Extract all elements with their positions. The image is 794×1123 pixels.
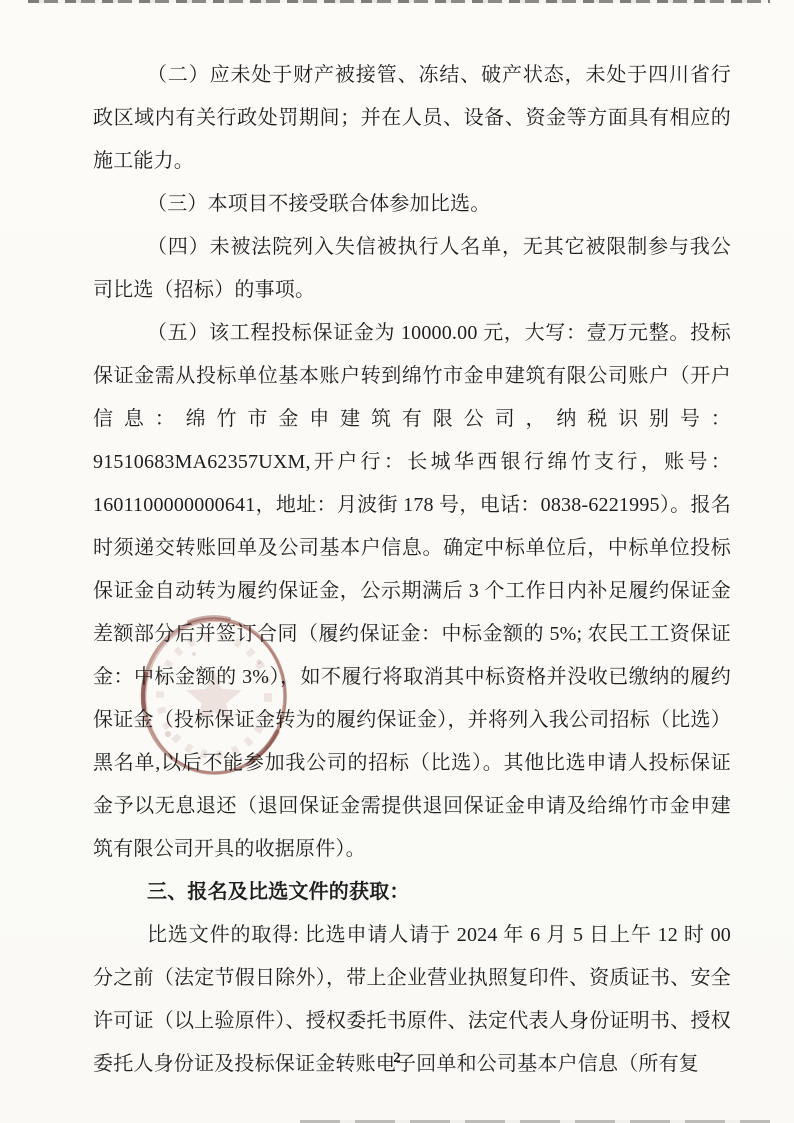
paragraph-clause-5: （五）该工程投标保证金为 10000.00 元，大写：壹万元整。投标保证金需从投…: [93, 312, 731, 871]
document-page: （二）应未处于财产被接管、冻结、破产状态，未处于四川省行政区域内有关行政处罚期间…: [0, 0, 794, 1123]
paragraph-clause-2: （二）应未处于财产被接管、冻结、破产状态，未处于四川省行政区域内有关行政处罚期间…: [93, 54, 731, 183]
section-heading-3: 三、报名及比选文件的获取：: [93, 871, 731, 914]
scan-artifact-top-edge: [28, 0, 770, 3]
page-number: 2: [0, 1050, 794, 1067]
paragraph-clause-4: （四）未被法院列入失信被执行人名单，无其它被限制参与我公司比选（招标）的事项。: [93, 226, 731, 312]
document-content: （二）应未处于财产被接管、冻结、破产状态，未处于四川省行政区域内有关行政处罚期间…: [93, 54, 731, 1086]
paragraph-clause-3: （三）本项目不接受联合体参加比选。: [93, 183, 731, 226]
